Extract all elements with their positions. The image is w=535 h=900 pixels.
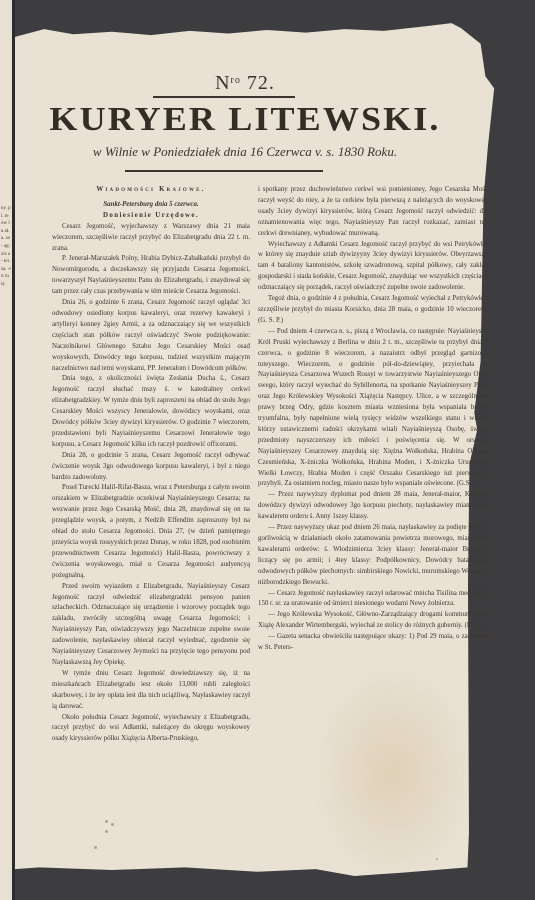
article-paragraph: i spotkany przez duchowieństwo cerkwi ws… [258,185,488,240]
right-column: i spotkany przez duchowieństwo cerkwi ws… [258,185,488,654]
article-paragraph: — Pod dniem 4 czerwca n. s., piszą z Wro… [258,327,488,491]
article-paragraph: — Gazeta senacka obwieściła następuiące … [258,632,488,654]
ink-spot [105,820,108,823]
left-column: Wiadomości Krajowe. Sankt-Petersburg dni… [52,185,250,745]
article-paragraph: — Cesarz Jegomość nayłaskawiey raczył ud… [258,589,488,611]
sub-heading: Doniesienie Urzędowe. [52,211,250,222]
dateline: w Wilnie w Poniedziałek dnia 16 Czerwca … [20,144,470,160]
article-paragraph: Tegoż dnia, o godzinie 4 z południa, Ces… [258,294,488,327]
article-paragraph: Około południa Cesarz Jegomość, wyiechaw… [52,713,250,746]
ink-spot [436,858,438,860]
issue-label: N [215,72,230,94]
article-paragraph: Dnia 28, o godzinie 5 zrana, Cesarz Jego… [52,451,250,484]
article-paragraph: Wyiechawszy z Adłamki Cesarz Jegomość ra… [258,240,488,295]
article-paragraph: Cesarz Jegomość, wyjechawszy z Warszawy … [52,222,250,255]
newspaper-title: KURYER LITEWSKI. [7,101,484,139]
article-paragraph: Dnia tego, z okoliczności święta Zesłani… [52,374,250,450]
adjacent-page-text: ny. pl. te ow la ał. a. so- ag- zis a- i… [1,205,11,765]
article-paragraph: W tymże dniu Cesarz Jegomość dowiedziaws… [52,669,250,713]
issue-number-value: 72. [247,72,275,94]
place-date: Sankt-Petersburg dnia 5 czerwca. [52,200,250,211]
article-paragraph: — Jego Królewska Wysokość, Główno-Zarząd… [258,610,488,632]
masthead: Nro 72. KURYER LITEWSKI. w Wilnie w Poni… [0,0,535,180]
section-heading: Wiadomości Krajowe. [52,185,250,196]
article-paragraph: Dnia 26, o godzinie 6 zrana, Cesarz Jego… [52,298,250,374]
article-paragraph: Przed swoim wyiazdem z Elizabetgradu, Na… [52,582,250,669]
ink-spot [94,846,97,849]
masthead-rule-bottom [125,170,323,172]
masthead-rule-top [153,96,295,98]
ink-spot [105,830,108,833]
article-paragraph: — Przez naywyższy ukaz pod dniem 26 maia… [258,523,488,588]
issue-sup: ro [231,75,241,86]
issue-number: Nro 72. [0,72,490,95]
ink-spot [111,823,114,826]
article-paragraph: — Przez naywyższy dyplomat pod dniem 28 … [258,490,488,523]
article-paragraph: Poseł Turecki Halil-Rifat-Basza, wraz z … [52,483,250,581]
article-paragraph: P. Jenerał-Marszałek Polny, Hrabia Dybic… [52,254,250,298]
